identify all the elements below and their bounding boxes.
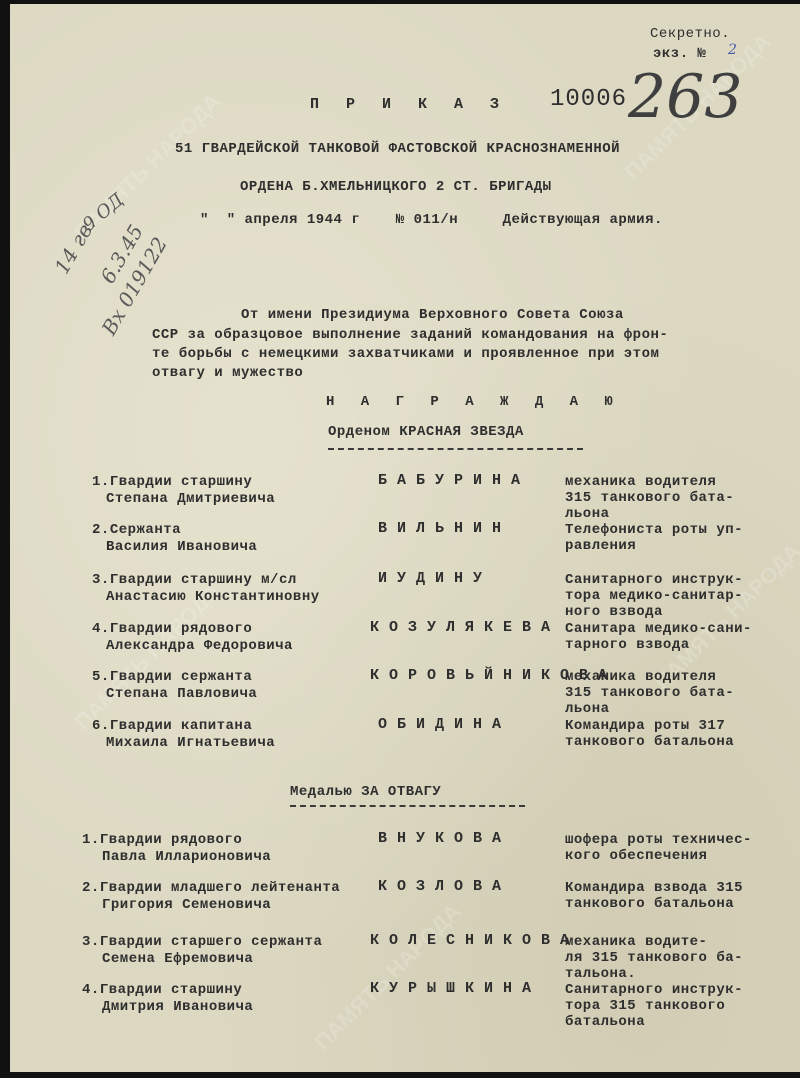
entry-given-name: Степана Павловича: [106, 686, 257, 702]
underline: [328, 448, 583, 450]
entry-rank: 4.Гвардии рядового: [92, 621, 252, 637]
entry-position: Санитара медико-сани-: [565, 621, 752, 637]
secret-label: Секретно.: [650, 26, 730, 42]
entry-given-name: Семена Ефремовича: [102, 951, 253, 967]
entry-surname: К О З У Л Я К Е В А: [370, 619, 551, 636]
entry-position: механика водите-: [565, 934, 707, 950]
entry-position: равления: [565, 538, 636, 554]
entry-number: 2.: [92, 522, 110, 538]
entry-number: 4.: [82, 982, 100, 998]
handwritten-number: 263: [628, 62, 743, 132]
entry-surname: И У Д И Н У: [378, 570, 483, 587]
preamble-line: От имени Президиума Верховного Совета Со…: [152, 307, 624, 323]
entry-position: ного взвода: [565, 604, 663, 620]
entry-number: 1.: [92, 474, 110, 490]
unit-name-line2: ОРДЕНА Б.ХМЕЛЬНИЦКОГО 2 СТ. БРИГАДЫ: [240, 179, 552, 195]
order-date-line: " " апреля 1944 г № 011/н Действующая ар…: [200, 212, 663, 228]
entry-number: 4.: [92, 621, 110, 637]
entry-rank: 3.Гвардии старшего сержанта: [82, 934, 322, 950]
entry-given-name: Василия Ивановича: [106, 539, 257, 555]
entry-position: Санитарного инструк-: [565, 572, 743, 588]
entry-rank: 1.Гвардии рядового: [82, 832, 242, 848]
entry-surname: Б А Б У Р И Н А: [378, 472, 521, 489]
entry-position: тальона.: [565, 966, 636, 982]
entry-surname: В И Л Ь Н И Н: [378, 520, 502, 537]
copy-number: 2: [728, 42, 737, 58]
entry-rank: 5.Гвардии сержанта: [92, 669, 252, 685]
entry-position: Командира роты 317: [565, 718, 725, 734]
entry-number: 3.: [82, 934, 100, 950]
entry-number: 5.: [92, 669, 110, 685]
entry-given-name: Дмитрия Ивановича: [102, 999, 253, 1015]
preamble-line: ССР за образцовое выполнение заданий ком…: [152, 327, 668, 343]
entry-given-name: Григория Семеновича: [102, 897, 271, 913]
unit-name-line1: 51 ГВАРДЕЙСКОЙ ТАНКОВОЙ ФАСТОВСКОЙ КРАСН…: [175, 141, 620, 157]
section-title: Медалью ЗА ОТВАГУ: [290, 784, 441, 800]
entry-given-name: Павла Илларионовича: [102, 849, 271, 865]
entry-position: тора 315 танкового: [565, 998, 725, 1014]
entry-rank: 4.Гвардии старшину: [82, 982, 242, 998]
entry-position: шофера роты техничес-: [565, 832, 752, 848]
entry-rank: 6.Гвардии капитана: [92, 718, 252, 734]
preamble-line: те борьбы с немецкими захватчиками и про…: [152, 346, 659, 362]
entry-surname: К О З Л О В А: [378, 878, 502, 895]
entry-number: 2.: [82, 880, 100, 896]
order-title: П Р И К А З: [310, 96, 508, 113]
entry-position: танкового батальона: [565, 734, 734, 750]
document-page: ПАМЯТЬ НАРОДА ПАМЯТЬ НАРОДА ПАМЯТЬ НАРОД…: [10, 4, 800, 1072]
stamp-number: 10006: [550, 86, 627, 113]
entry-position: механика водителя: [565, 474, 716, 490]
entry-rank: 2.Гвардии младшего лейтенанта: [82, 880, 340, 896]
entry-position: ля 315 танкового ба-: [565, 950, 743, 966]
entry-position: 315 танкового бата-: [565, 685, 734, 701]
entry-position: механика водителя: [565, 669, 716, 685]
entry-position: батальона: [565, 1014, 645, 1030]
entry-position: кого обеспечения: [565, 848, 707, 864]
entry-position: Командира взвода 315: [565, 880, 743, 896]
entry-given-name: Александра Федоровича: [106, 638, 293, 654]
section-title: Орденом КРАСНАЯ ЗВЕЗДА: [328, 424, 524, 440]
entry-number: 6.: [92, 718, 110, 734]
entry-position: Санитарного инструк-: [565, 982, 743, 998]
entry-number: 3.: [92, 572, 110, 588]
watermark: ПАМЯТЬ НАРОДА: [309, 899, 466, 1056]
entry-surname: О Б И Д И Н А: [378, 716, 502, 733]
entry-rank: 1.Гвардии старшину: [92, 474, 252, 490]
entry-surname: В Н У К О В А: [378, 830, 502, 847]
entry-given-name: Степана Дмитриевича: [106, 491, 275, 507]
entry-rank: 3.Гвардии старшину м/сл: [92, 572, 297, 588]
entry-position: тора медико-санитар-: [565, 588, 743, 604]
award-heading: Н А Г Р А Ж Д А Ю: [326, 394, 622, 410]
entry-number: 1.: [82, 832, 100, 848]
entry-surname: К О Л Е С Н И К О В А: [370, 932, 570, 949]
entry-position: танкового батальона: [565, 896, 734, 912]
preamble-line: отвагу и мужество: [152, 365, 303, 381]
copy-label: экз. №: [653, 46, 706, 62]
entry-position: тарного взвода: [565, 637, 690, 653]
entry-position: льона: [565, 701, 610, 717]
entry-position: льона: [565, 506, 610, 522]
entry-position: 315 танкового бата-: [565, 490, 734, 506]
entry-surname: К У Р Ы Ш К И Н А: [370, 980, 532, 997]
entry-position: Телефониста роты уп-: [565, 522, 743, 538]
entry-given-name: Анастасию Константиновну: [106, 589, 320, 605]
entry-rank: 2.Сержанта: [92, 522, 181, 538]
underline: [290, 805, 525, 807]
entry-given-name: Михаила Игнатьевича: [106, 735, 275, 751]
